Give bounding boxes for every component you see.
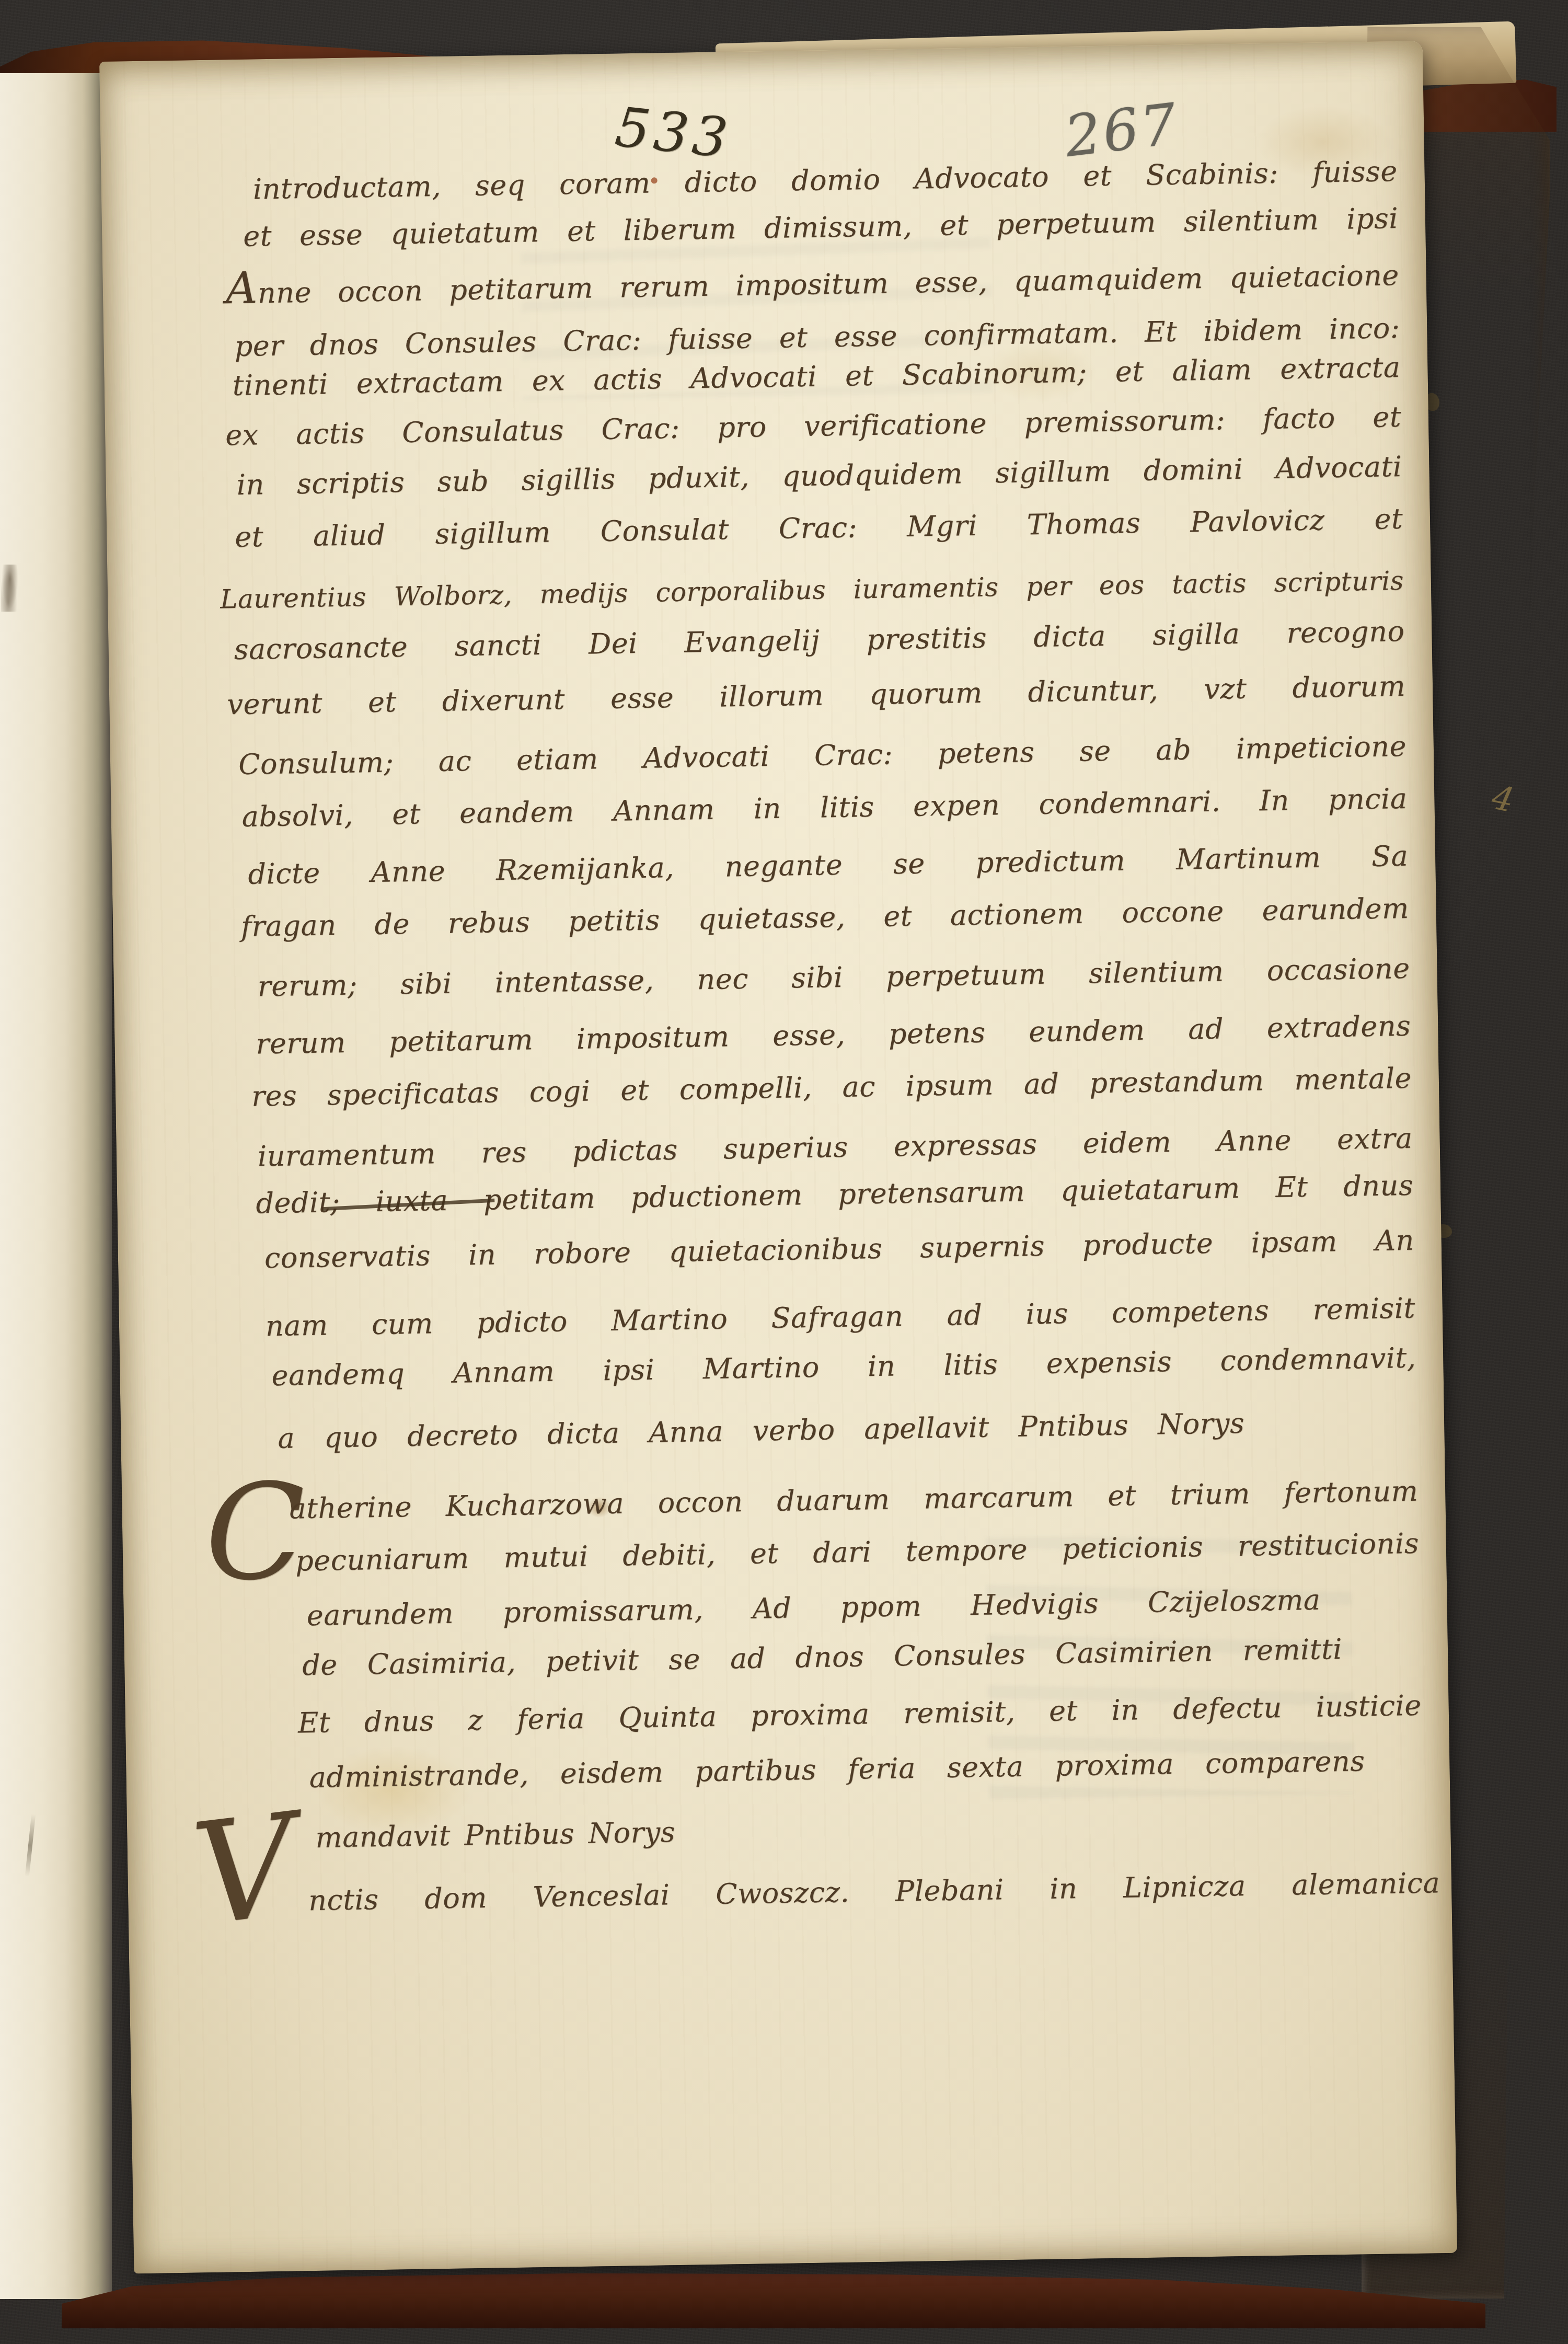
manuscript-page: 533 267 introductam, seq coram dicto dom… <box>99 41 1457 2273</box>
folio-number-ink: 533 <box>612 95 734 170</box>
flyleaf-ink-mark <box>1 565 19 612</box>
manuscript-line: et aliud sigillum Consulat Crac: Mgri Th… <box>235 505 1403 551</box>
manuscript-line: Laurentius Wolborz, medijs corporalibus … <box>220 568 1404 613</box>
manuscript-line: res specificatas cogi et compelli, ac ip… <box>251 1064 1412 1111</box>
manuscript-line: absolvi, et eandem Annam in litis expen … <box>241 785 1408 831</box>
manuscript-line: iuramentum res pdictas superius expressa… <box>258 1124 1413 1171</box>
manuscript-line: rerum; sibi intentasse, nec sibi perpetu… <box>257 955 1410 1001</box>
manuscript-line: atherine Kucharzowa occon duarum marcaru… <box>289 1477 1419 1523</box>
manuscript-line: rerum petitarum impositum esse, petens e… <box>256 1012 1411 1059</box>
manuscript-line: nam cum pdicto Martino Safragan ad ius c… <box>266 1294 1416 1341</box>
manuscript-line: sacrosancte sancti Dei Evangelij prestit… <box>234 617 1405 664</box>
flyleaf-crease-mark <box>25 1814 36 1877</box>
manuscript-line: Consulum; ac etiam Advocati Crac: petens… <box>238 732 1407 779</box>
manuscript-line: verunt et dixerunt esse illorum quorum d… <box>227 672 1406 719</box>
manuscript-line: mandavit Pntibus Norys <box>315 1812 1047 1852</box>
manuscript-line: ex actis Consulatus Crac: pro verificati… <box>225 403 1402 450</box>
manuscript-line: dicte Anne Rzemijanka, negante se predic… <box>248 842 1409 889</box>
manuscript-line: eandemq Annam ipsi Martino in litis expe… <box>271 1344 1416 1390</box>
manuscript-line: introductam, seq coram dicto domio Advoc… <box>252 157 1398 203</box>
manuscript-line: fragan de rebus petitis quietasse, et ac… <box>241 894 1410 941</box>
manuscript-line: dedit; iuxta petitam pductionem pretensa… <box>256 1171 1414 1218</box>
manuscript-line: in scriptis sub sigillis pduxit, quodqui… <box>236 453 1402 499</box>
facing-leaf-edge <box>0 73 112 2299</box>
manuscript-line: a quo decreto dicta Anna verbo apellavit… <box>278 1409 1245 1453</box>
initial-V: V <box>189 1814 302 1927</box>
manuscript-line: nctis dom Venceslai Cwoszcz. Plebani in … <box>308 1869 1440 1915</box>
manuscript-line: conservatis in robore quietacionibus sup… <box>264 1226 1415 1273</box>
